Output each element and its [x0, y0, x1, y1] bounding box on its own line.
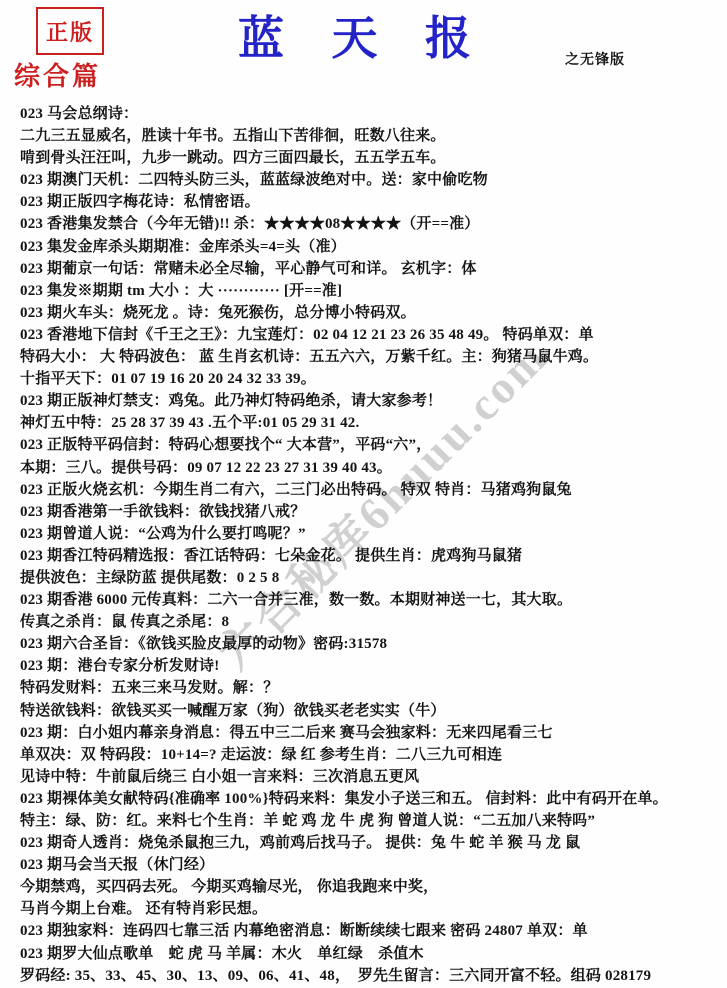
report-line: 023 期：港台专家分析发财诗!: [20, 655, 727, 677]
report-lines: 023 马会总纲诗：二九三五显威名，胜读十年书。五指山下苦徘徊，旺数八往来。啃到…: [20, 103, 727, 987]
report-line: 特码发财料：五来三来马发财。解：？: [20, 677, 727, 699]
report-line: 023 期罗大仙点歌单 蛇 虎 马 羊属：木火 单红绿 杀值木: [20, 943, 727, 965]
report-line: 二九三五显威名，胜读十年书。五指山下苦徘徊，旺数八往来。: [20, 125, 727, 147]
report-line: 023 正版特平码信封：特码心想要找个“ 大本营”，平码“六”，: [20, 434, 727, 456]
report-line: 023 期独家料：连码四七靠三活 内幕绝密消息：断断续续七跟来 密码 24807…: [20, 920, 727, 942]
report-line: 见诗中特：牛前鼠后绕三 白小姐一言来料：三次消息五更风: [20, 766, 727, 788]
report-line: 马肖今期上台难。 还有特肖彩民想。: [20, 898, 727, 920]
report-line: 本期：三八。提供号码：09 07 12 22 23 27 31 39 40 43…: [20, 457, 727, 479]
report-line: 023 期正版四字梅花诗：私情密语。: [20, 191, 727, 213]
report-line: 023 期：白小姐内幕亲身消息：得五中三二后来 赛马会独家料：无来四尾看三七: [20, 722, 727, 744]
report-line: 提供波色：主绿防蓝 提供尾数：0 2 5 8: [20, 567, 727, 589]
report-line: 传真之杀肖：鼠 传真之杀尾：8: [20, 611, 727, 633]
report-line: 023 期葡京一句话：常赌未必全尽输，平心静气可和详。 玄机字：体: [20, 258, 727, 280]
report-line: 023 期马会当天报（休门经）: [20, 854, 727, 876]
report-line: 特主：绿、防：红。来料七个生肖：羊 蛇 鸡 龙 牛 虎 狗 曾道人说：“二五加八…: [20, 810, 727, 832]
report-line: 023 集发※期期 tm 大小 ：大 ············ [开==准]: [20, 280, 727, 302]
report-line: 023 期火车头：烧死龙 。诗：兔死猴伤，总分博小特码双。: [20, 302, 727, 324]
report-line: 023 期奇人透肖：烧兔杀鼠抱三九，鸡前鸡后找马子。 提供：兔 牛 蛇 羊 猴 …: [20, 832, 727, 854]
report-line: 023 正版火烧玄机：今期生肖二有六，二三门必出特码。 特双 特肖：马猪鸡狗鼠兔: [20, 479, 727, 501]
edition-label: 之无锋版: [565, 49, 625, 69]
report-line: 啃到骨头汪汪叫，九步一跳动。四方三面四最长，五五学五车。: [20, 147, 727, 169]
report-line: 023 期曾道人说：“公鸡为什么要打鸣呢？”: [20, 523, 727, 545]
report-line: 023 期澳门天机：二四特头防三头，蓝蓝绿波绝对中。送：家中偷吃物: [20, 169, 727, 191]
section-title: 综合篇: [14, 56, 101, 93]
report-line: 023 期香港第一手欲钱料：欲钱找猪八戒？: [20, 501, 727, 523]
report-line: 023 香港地下信封《千王之王》：九宝莲灯：02 04 12 21 23 26 …: [20, 324, 727, 346]
report-line: 特码大小： 大 特码波色： 蓝 生肖玄机诗：五五六六，万紫千红。主：狗猪马鼠牛鸡…: [20, 346, 727, 368]
report-line: 023 期裸体美女献特码{准确率 100%}特码来料：集发小子送三和五。 信封料…: [20, 788, 727, 810]
report-line: 023 香港集发禁合（今年无错)!! 杀：★★★★08★★★★（开==准）: [20, 213, 727, 235]
report-line: 023 期香江特码精选报：香江话特码：七朵金花。 提供生肖：虎鸡狗马鼠猪: [20, 545, 727, 567]
report-line: 023 期正版神灯禁支：鸡兔。此乃神灯特码绝杀，请大家参考！: [20, 390, 727, 412]
report-line: 单双决：双 特码段：10+14=? 走运波：绿 红 参考生肖：二八三九可相连: [20, 744, 727, 766]
report-line: 神灯五中特：25 28 37 39 43 .五个平:01 05 29 31 42…: [20, 412, 727, 434]
page: 正版 蓝 天 报 之无锋版 综合篇 六合秘库6huuu.com 023 马会总纲…: [0, 0, 727, 988]
report-line: 023 马会总纲诗：: [20, 103, 727, 125]
report-line: 十指平天下：01 07 19 16 20 20 24 32 33 39。: [20, 368, 727, 390]
report-line: 023 集发金库杀头期期准：金库杀头=4=头（准）: [20, 236, 727, 258]
report-line: 今期禁鸡，买四码去死。 今期买鸡输尽光， 你追我跑来中奖，: [20, 876, 727, 898]
report-line: 023 期香港 6000 元传真料：二六一合并三准，数一数。本期财神送一七，其大…: [20, 589, 727, 611]
report-line: 罗码经: 35、33、45、30、13、09、06、41、48， 罗先生留言：三…: [20, 965, 727, 987]
report-line: 特送欲钱料：欲钱买买一喊醒万家（狗）欲钱买老老实实（牛）: [20, 700, 727, 722]
report-line: 023 期六合圣旨：《欲钱买脸皮最厚的动物》密码:31578: [20, 633, 727, 655]
